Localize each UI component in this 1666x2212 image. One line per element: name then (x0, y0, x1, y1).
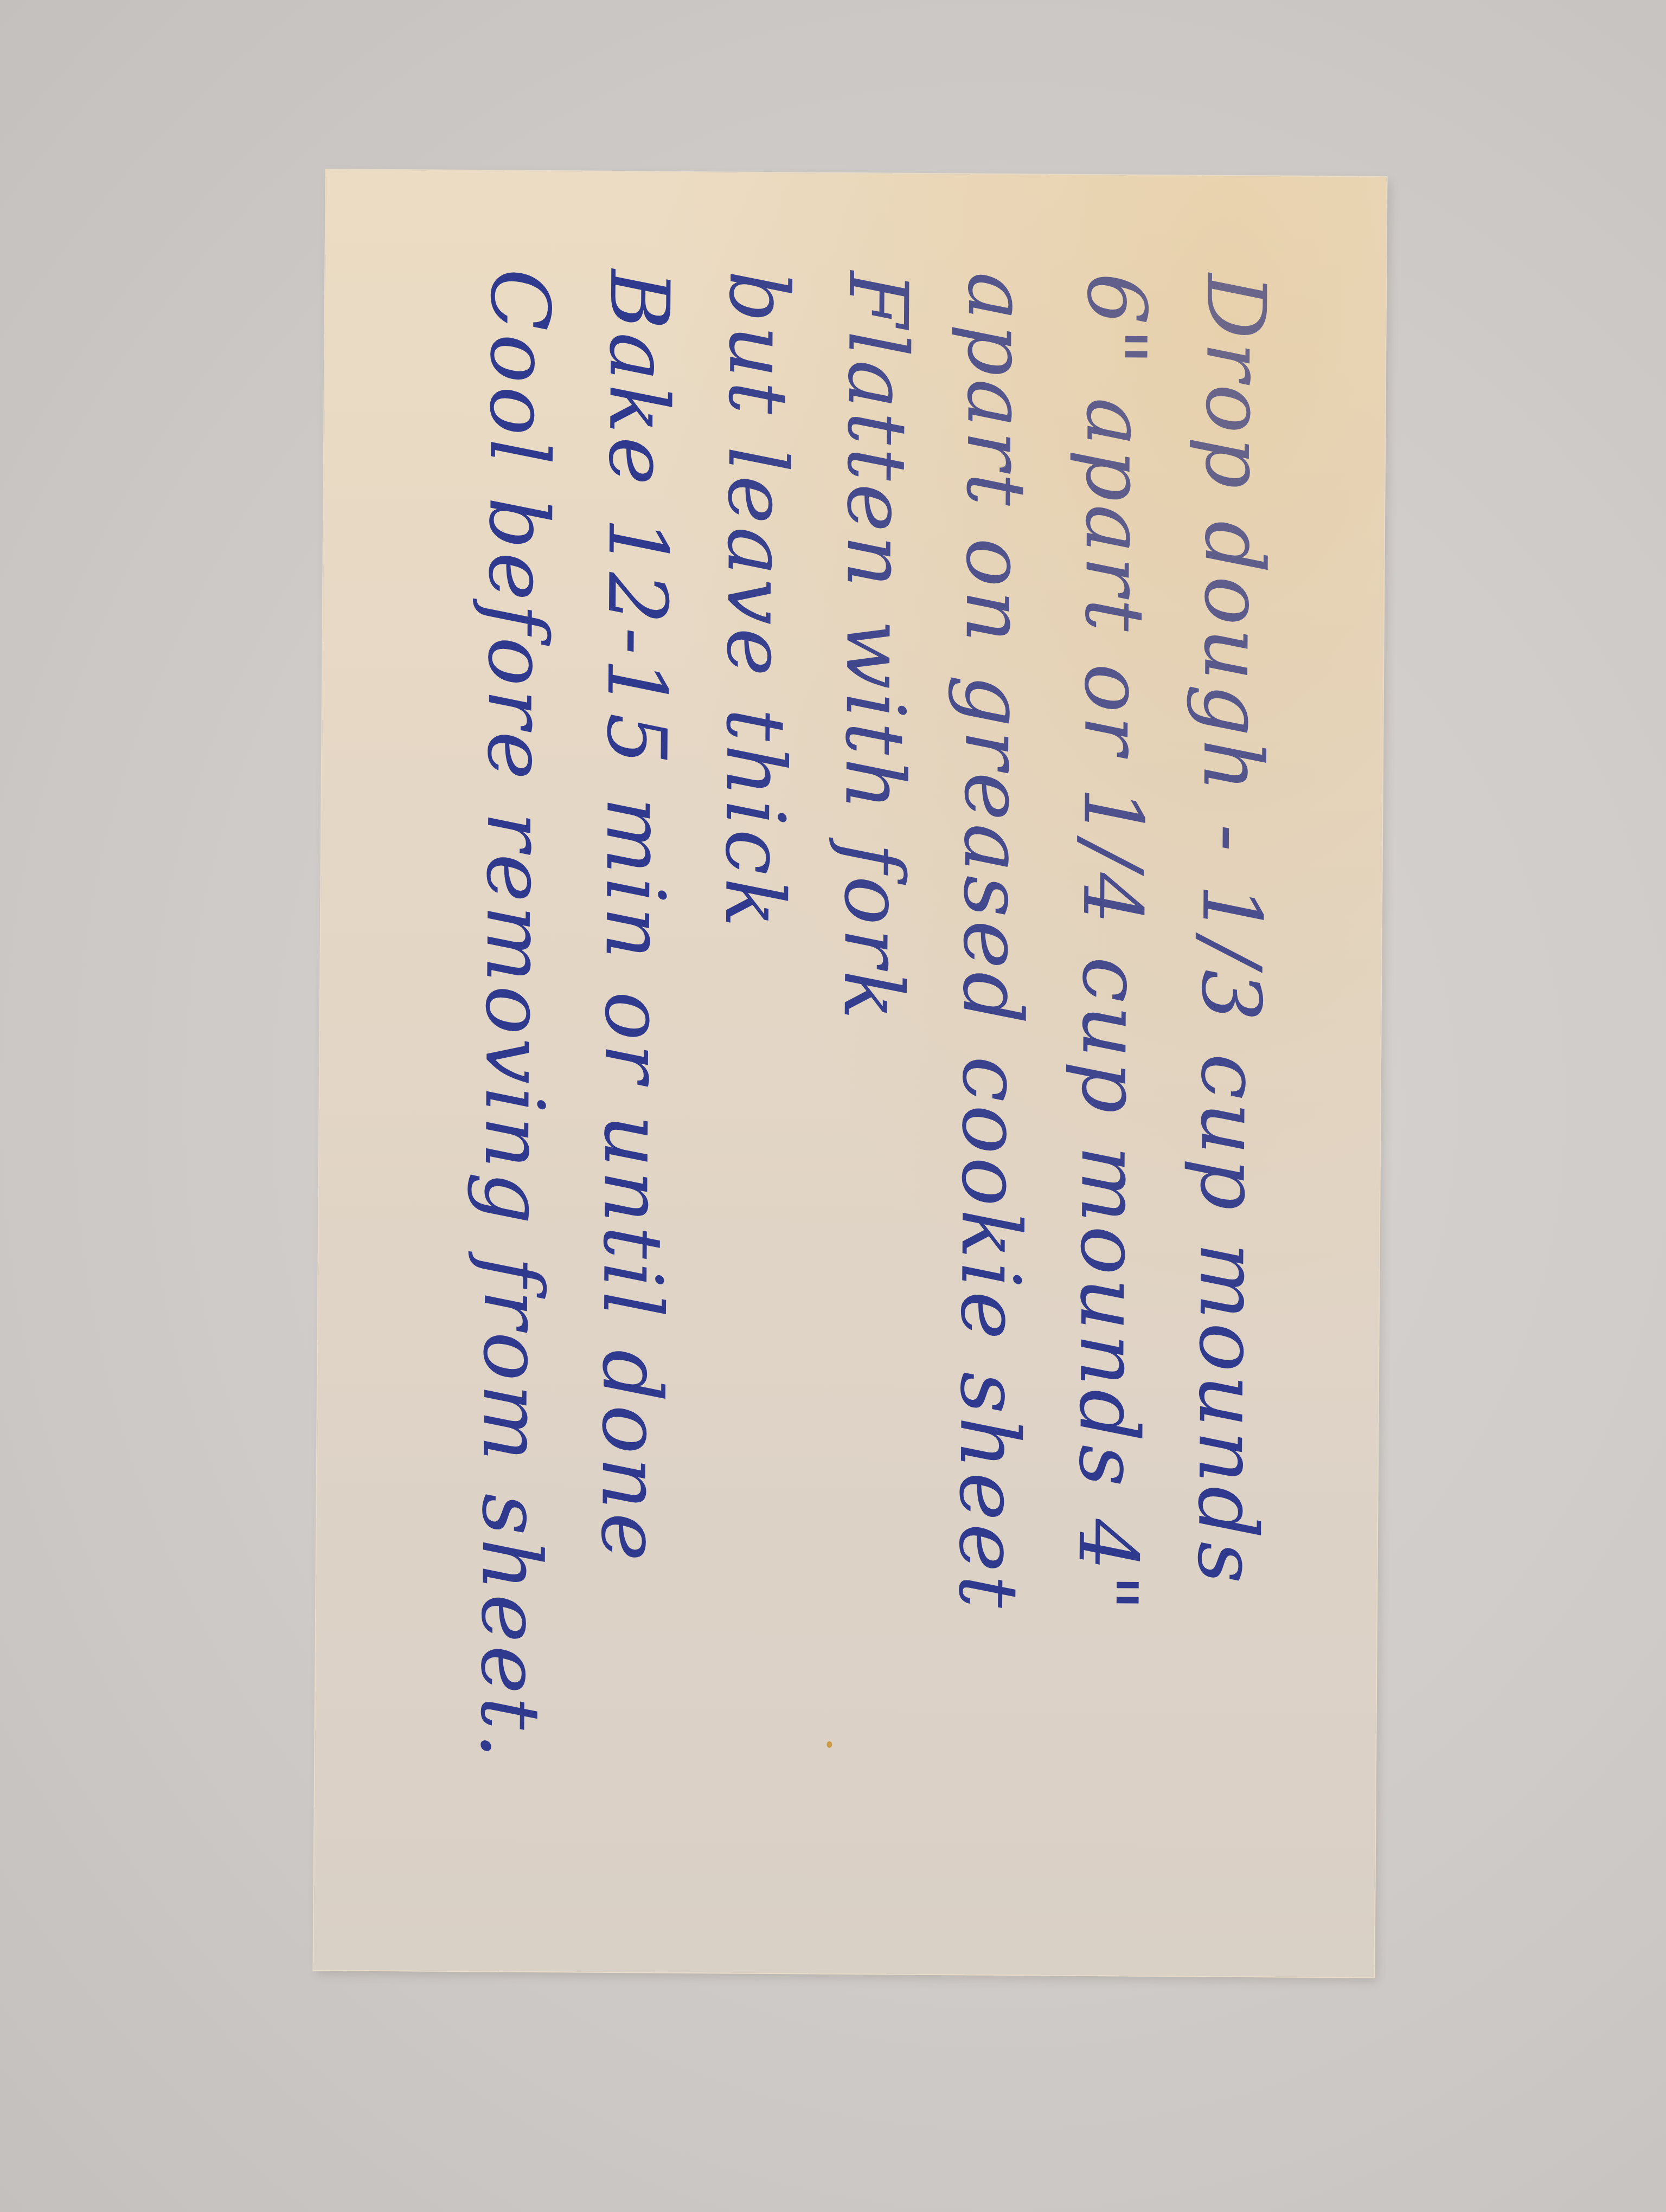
instruction-line: Flatten with fork (806, 271, 937, 1876)
instruction-line: apart on greased cookie sheet (926, 272, 1056, 1877)
instruction-line: but leave thick (687, 270, 818, 1875)
recipe-index-card: Drop dough - 1/3 cup mounds 6" apart or … (313, 170, 1386, 1977)
instruction-line: Drop dough - 1/3 cup mounds (1164, 273, 1295, 1879)
instruction-line: Cool before removing from sheet. (448, 268, 579, 1874)
instruction-line: 6" apart or 1/4 cup mounds 4" (1045, 273, 1176, 1878)
instruction-line: Bake 12-15 min or until done (568, 269, 699, 1874)
handwritten-instructions: Drop dough - 1/3 cup mounds 6" apart or … (383, 235, 1317, 1912)
